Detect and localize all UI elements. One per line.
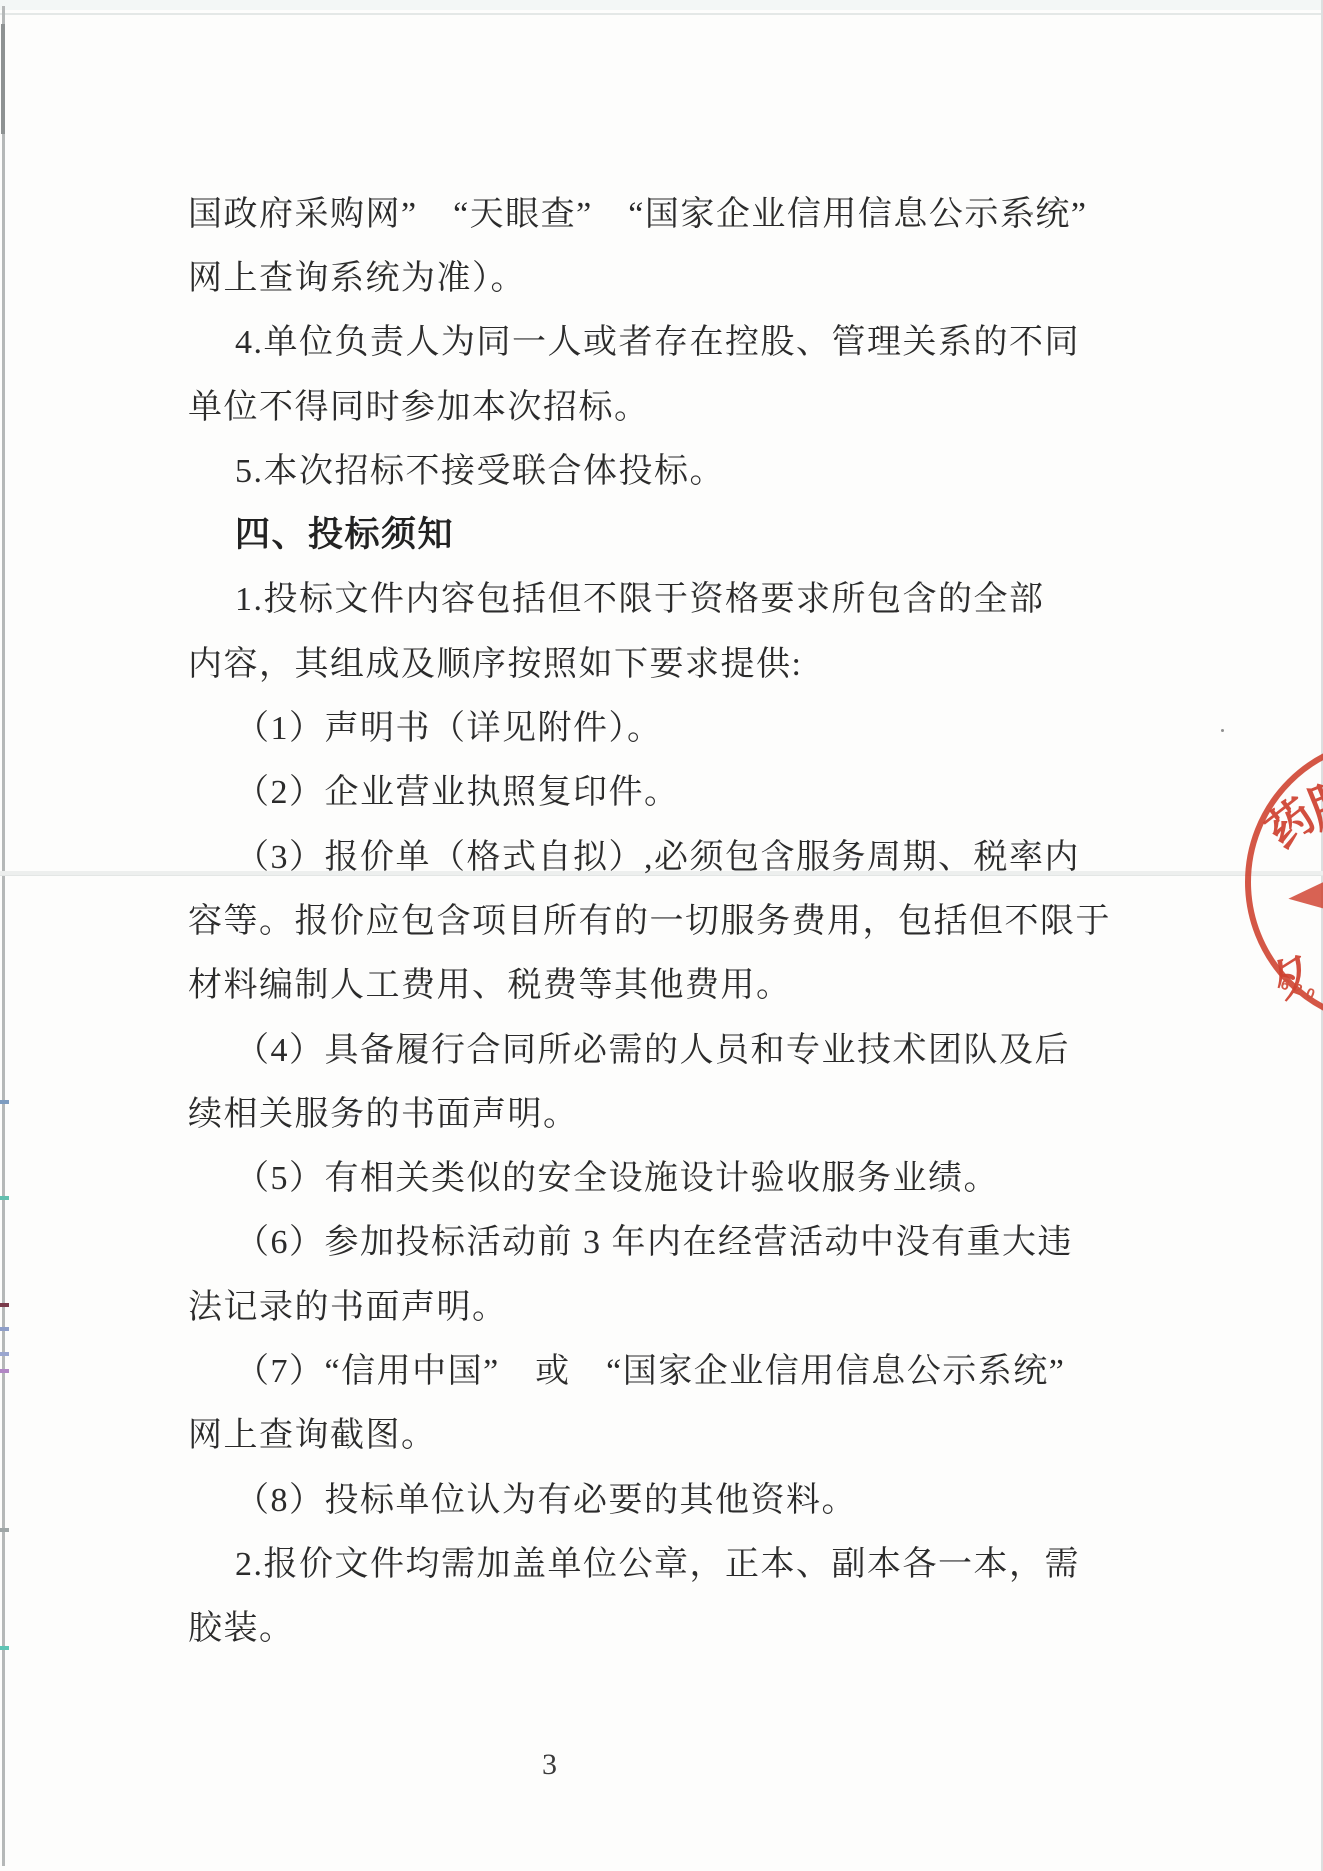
text-line: 续相关服务的书面声明。 xyxy=(188,1078,1183,1142)
text-line: （6）参加投标活动前 3 年内在经营活动中没有重大违 xyxy=(188,1207,1183,1271)
text-line: 容等。报价应包含项目所有的一切服务费用，包括但不限于 xyxy=(188,885,1183,949)
text-line: （1）声明书（详见附件）。 xyxy=(188,692,1183,756)
text-line: （2）企业营业执照复印件。 xyxy=(188,757,1183,821)
text-line: 网上查询截图。 xyxy=(188,1400,1183,1464)
text-line: 胶装。 xyxy=(188,1593,1183,1657)
text-line: （8）投标单位认为有必要的其他资料。 xyxy=(188,1464,1183,1528)
text-line: 内容，其组成及顺序按照如下要求提供: xyxy=(188,628,1183,692)
text-line: 5.本次招标不接受联合体投标。 xyxy=(188,435,1183,499)
page-number: 3 xyxy=(542,1748,558,1782)
document-page: 国政府采购网” “天眼查” “国家企业信用信息公示系统”网上查询系统为准）。4.… xyxy=(0,0,1323,1871)
text-line: 4.单位负责人为同一人或者存在控股、管理关系的不同 xyxy=(188,307,1183,371)
text-line: 国政府采购网” “天眼查” “国家企业信用信息公示系统” xyxy=(188,178,1183,242)
text-line: （5）有相关类似的安全设施设计验收服务业绩。 xyxy=(188,1142,1183,1206)
text-line: （7）“信用中国” 或 “国家企业信用信息公示系统” xyxy=(188,1335,1183,1399)
text-line: 网上查询系统为准）。 xyxy=(188,242,1183,306)
section-heading: 四、投标须知 xyxy=(188,499,1183,563)
scan-top-line xyxy=(0,13,1323,15)
text-line: 1.投标文件内容包括但不限于资格要求所包含的全部 xyxy=(188,564,1183,628)
document-lines: 国政府采购网” “天眼查” “国家企业信用信息公示系统”网上查询系统为准）。4.… xyxy=(0,178,1323,1657)
text-line: 材料编制人工费用、税费等其他费用。 xyxy=(188,950,1183,1014)
scan-top-band xyxy=(0,0,1323,10)
text-line: 单位不得同时参加本次招标。 xyxy=(188,371,1183,435)
text-line: 法记录的书面声明。 xyxy=(188,1271,1183,1335)
text-line: 2.报价文件均需加盖单位公章，正本、副本各一本，需 xyxy=(188,1528,1183,1592)
text-line: （4）具备履行合同所必需的人员和专业技术团队及后 xyxy=(188,1014,1183,1078)
scan-left-edge-dark-cap xyxy=(1,24,5,134)
text-line: （3）报价单（格式自拟）,必须包含服务周期、税率内 xyxy=(188,821,1183,885)
